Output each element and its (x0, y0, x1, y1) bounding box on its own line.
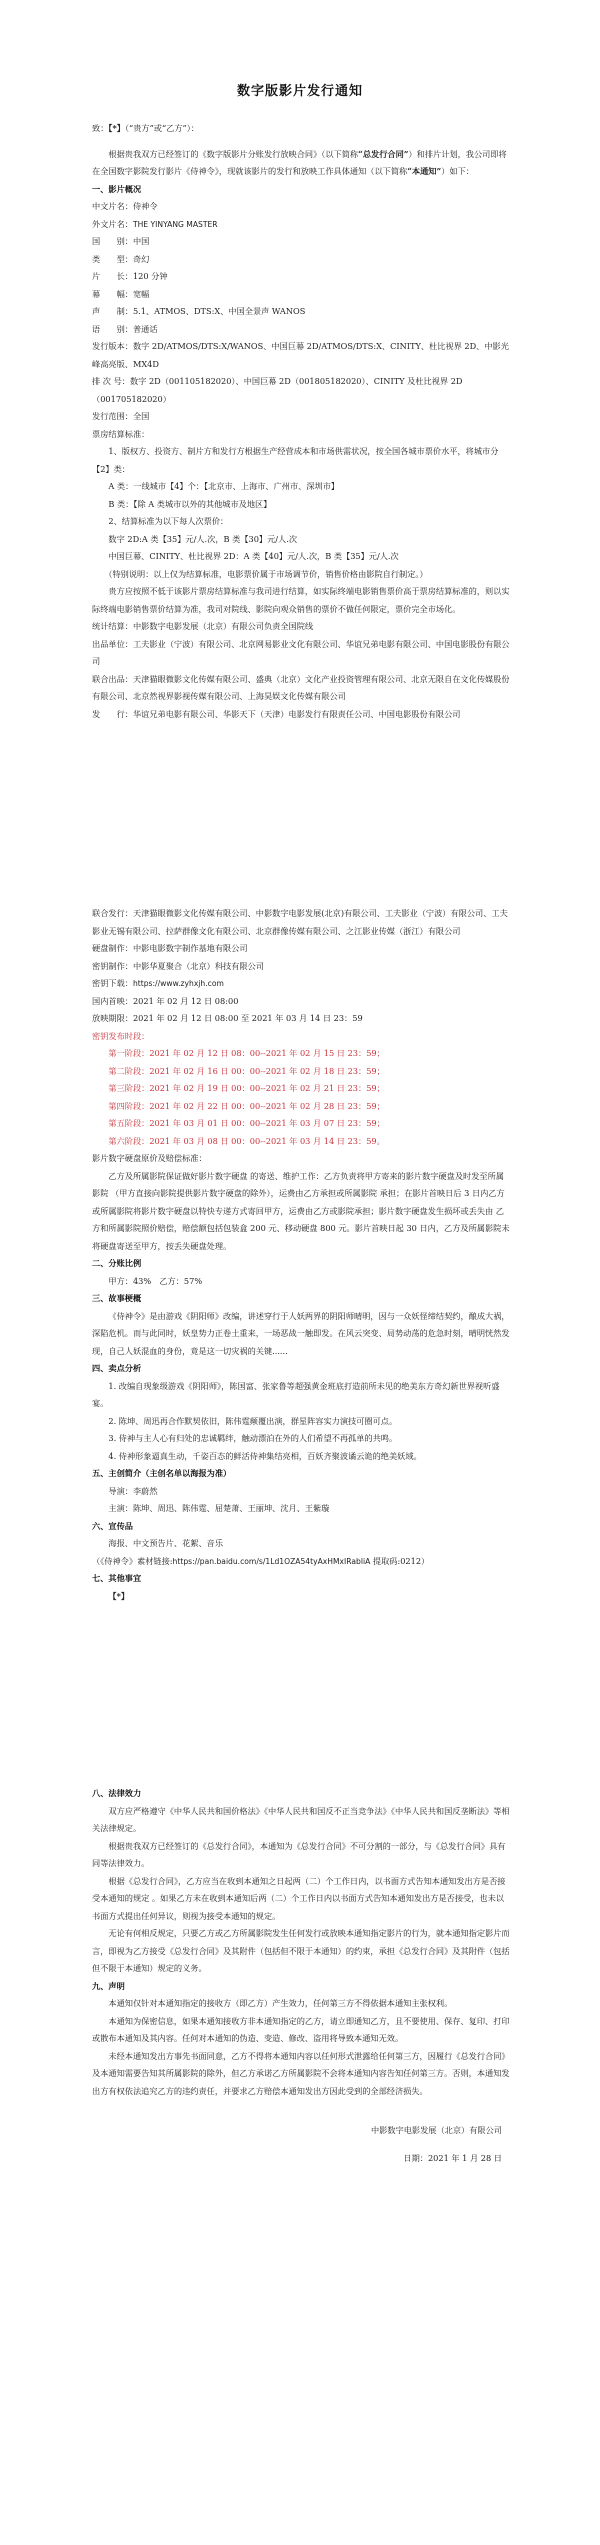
section-1-heading: 一、影片概况 (92, 181, 510, 199)
legal-para-4: 无论有何相反规定，只要乙方或乙方所属影院发生任何发行或放映本通知指定影片的行为，… (92, 1925, 510, 1978)
field-label: 类 型： (92, 254, 133, 264)
field-value: 中影电影数字制作基地有限公司 (133, 943, 248, 953)
field-runtime: 片 长：120 分钟 (92, 268, 510, 286)
distributor-line: 发 行：华谊兄弟电影有限公司、华影天下（天津）电影发行有限责任公司、中国电影股份… (92, 706, 510, 724)
field-value: 工夫影业（宁波）有限公司、北京网易影业文化有限公司、华谊兄弟电影有限公司、中国电… (92, 639, 510, 667)
selling-point-4: 4. 侍神形象逼真生动，千姿百态的鲜活侍神集结亮相，百妖齐聚波谲云诡的绝美妖域。 (92, 1448, 510, 1466)
settlement-paragraph: 贵方应按照不低于该影片票房结算标准与我司进行结算，如实际终端电影销售票价高于票房… (92, 583, 510, 618)
promo-items: 海报、中文预告片、花絮、音乐 (92, 1535, 510, 1553)
key-phase-1: 第一阶段：2021 年 02 月 12 日 08：00--2021 年 02 月… (92, 1045, 510, 1063)
section-8-heading: 八、法律效力 (92, 1785, 510, 1803)
price-digital: 数字 2D:A 类【35】元/人.次，B 类【30】元/人.次 (92, 531, 510, 549)
field-label: 统计结算： (92, 621, 133, 631)
intro-text: ）如下： (441, 166, 474, 176)
director-line: 导演：李蔚然 (92, 1483, 510, 1501)
selling-point-1: 1. 改编自现象级游戏《阴阳师》，陈国富、张家鲁等超强黄金班底打造前所未见的绝美… (92, 1378, 510, 1413)
rule-1: 1、版权方、投资方、制片方和发行方根据生产经营成本和市场供需状况，按全国各城市票… (92, 443, 510, 478)
selling-point-3: 3. 侍神与主人心有归处的忠诚羁绊，触动漂泊在外的人们希望不再孤单的共鸣。 (92, 1430, 510, 1448)
field-value: 中影华夏聚合（北京）科技有限公司 (133, 961, 264, 971)
field-label: 幕 幅： (92, 289, 133, 299)
intro-paragraph: 根据贵我双方已经签订的《数字版影片分账发行放映合同》（以下简称“总发行合同”）和… (92, 146, 510, 181)
intro-text: 根据贵我双方已经签订的《数字版影片分账发行放映合同》（以下简称 (108, 149, 358, 159)
intro-term-contract: “总发行合同” (358, 149, 408, 159)
field-label: 联合出品： (92, 674, 133, 684)
section-9-heading: 九、声明 (92, 1978, 510, 1996)
field-value: 天津猫眼微影文化传媒有限公司、中影数字电影发展(北京)有限公司、工夫影业（宁波）… (92, 908, 508, 936)
field-value: 120 分钟 (133, 271, 168, 281)
screening-period-line: 放映期限：2021 年 02 月 12 日 08:00 至 2021 年 03 … (92, 1010, 510, 1028)
key-phase-2: 第二阶段：2021 年 02 月 16 日 00：00--2021 年 02 月… (92, 1063, 510, 1081)
field-sound: 声 制：5.1、ATMOS、DTS:X、中国全景声 WANOS (92, 303, 510, 321)
promo-link-prefix: （《侍神令》素材链接: (92, 1556, 173, 1566)
key-maker-line: 密钥制作：中影华夏聚合（北京）科技有限公司 (92, 958, 510, 976)
key-release-label: 密钥发布时段： (92, 1028, 510, 1046)
addressee-placeholder: 【*】 (108, 123, 125, 133)
field-label: 中文片名： (92, 201, 133, 211)
field-label: 国 别： (92, 236, 133, 246)
field-label: 出品单位： (92, 639, 133, 649)
field-label: 语 别： (92, 324, 133, 334)
key-phase-5: 第五阶段：2021 年 03 月 01 日 00：00--2021 年 03 月… (92, 1115, 510, 1133)
class-a: A 类：一线城市【4】个：【北京市、上海市、广州市、深圳市】 (92, 478, 510, 496)
field-label: 硬盘制作： (92, 943, 133, 953)
other-matters-placeholder: 【*】 (92, 1588, 510, 1606)
section-7-heading: 七、其他事宜 (92, 1570, 510, 1588)
field-cn-title: 中文片名：侍神令 (92, 198, 510, 216)
page-2-body: 联合发行：天津猫眼微影文化传媒有限公司、中影数字电影发展(北京)有限公司、工夫影… (92, 905, 510, 1605)
field-label: 片 长： (92, 271, 133, 281)
synopsis: 《侍神令》是由游戏《阴阳师》改编，讲述穿行于人妖两界的阴阳师晴明，因与一众妖怪缔… (92, 1308, 510, 1361)
intro-term-notice: “本通知” (407, 166, 441, 176)
signature-company: 中影数字电影发展（北京）有限公司 (92, 2122, 510, 2140)
field-label: 国内首映： (92, 996, 133, 1006)
split-ratio: 甲方：43% 乙方：57% (92, 1273, 510, 1291)
premiere-line: 国内首映：2021 年 02 月 12 日 08:00 (92, 993, 510, 1011)
price-imax: 中国巨幕、CINITY、杜比视界 2D：A 类【40】元/人.次，B 类【35】… (92, 548, 510, 566)
field-value: 中国 (133, 236, 149, 246)
field-value: 全国 (133, 411, 149, 421)
key-download-line: 密钥下载：https://www.zyhxjh.com (92, 975, 510, 993)
promo-link[interactable]: https://pan.baidu.com/s/1Ld1OZA54tyAxHMx… (173, 1557, 371, 1566)
field-language: 语 别：普通话 (92, 321, 510, 339)
co-distributor-line: 联合发行：天津猫眼微影文化传媒有限公司、中影数字电影发展(北京)有限公司、工夫影… (92, 905, 510, 940)
field-value: 5.1、ATMOS、DTS:X、中国全景声 WANOS (133, 306, 305, 316)
field-en-title: 外文片名：THE YINYANG MASTER (92, 216, 510, 234)
field-label: 发 行： (92, 709, 133, 719)
field-genre: 类 型：奇幻 (92, 251, 510, 269)
box-office-label: 票房结算标准： (92, 426, 510, 444)
co-producers-line: 联合出品：天津猫眼微影文化传媒有限公司、盛典（北京）文化产业投资管理有限公司、北… (92, 671, 510, 706)
field-label: 密钥下载： (92, 978, 133, 988)
field-value: 侍神令 (133, 201, 158, 211)
promo-link-code: 提取码:0212） (370, 1556, 429, 1566)
page-1-body: 致：【*】（“贵方”或“乙方”）： 根据贵我双方已经签订的《数字版影片分账发行放… (92, 120, 510, 723)
selling-point-2: 2. 陈坤、周迅再合作默契依旧，陈伟霆颠覆出演，群星阵容实力演技可圈可点。 (92, 1413, 510, 1431)
key-phase-6: 第六阶段：2021 年 03 月 08 日 00：00--2021 年 03 月… (92, 1133, 510, 1151)
addressee: 致：【*】（“贵方”或“乙方”）： (92, 120, 510, 138)
field-label: 发行范围： (92, 411, 133, 421)
disk-paragraph: 乙方及所属影院保证做好影片数字硬盘 的寄送、维护工作：乙方负责将甲方寄来的影片数… (92, 1168, 510, 1256)
field-label: 发行版本： (92, 341, 133, 351)
section-3-heading: 三、故事梗概 (92, 1290, 510, 1308)
field-value: 2021 年 02 月 12 日 08:00 (133, 996, 238, 1006)
field-label: 排 次 号： (92, 376, 130, 386)
section-2-heading: 二、分账比例 (92, 1255, 510, 1273)
addressee-prefix: 致： (92, 123, 108, 133)
disk-maker-line: 硬盘制作：中影电影数字制作基地有限公司 (92, 940, 510, 958)
field-label: 密钥制作： (92, 961, 133, 971)
statement-para-1: 本通知仅针对本通知指定的接收方（即乙方）产生效力，任何第三方不得依据本通知主张权… (92, 1995, 510, 2013)
field-value: 华谊兄弟电影有限公司、华影天下（天津）电影发行有限责任公司、中国电影股份有限公司 (133, 709, 461, 719)
cast-line: 主演：陈坤、周迅、陈伟霆、屈楚萧、王丽坤、沈月、王紫璇 (92, 1500, 510, 1518)
statement-para-3: 未经本通知发出方事先书面同意，乙方不得将本通知内容以任何形式泄露给任何第三方，因… (92, 2048, 510, 2101)
section-4-heading: 四、卖点分析 (92, 1360, 510, 1378)
producers-line: 出品单位：工夫影业（宁波）有限公司、北京网易影业文化有限公司、华谊兄弟电影有限公… (92, 636, 510, 671)
field-value: 奇幻 (133, 254, 149, 264)
promo-link-line: （《侍神令》素材链接:https://pan.baidu.com/s/1Ld1O… (92, 1553, 510, 1571)
field-label: 声 制： (92, 306, 133, 316)
key-phase-3: 第三阶段：2021 年 02 月 19 日 00：00--2021 年 02 月… (92, 1080, 510, 1098)
statement-para-2: 本通知为保密信息，如果本通知接收方非本通知指定的乙方，请立即通知乙方，且不要使用… (92, 2013, 510, 2048)
field-country: 国 别：中国 (92, 233, 510, 251)
addressee-suffix: （“贵方”或“乙方”）： (125, 123, 199, 133)
field-label: 外文片名： (92, 219, 133, 229)
legal-para-2: 根据贵我双方已经签订的《总发行合同》，本通知为《总发行合同》不可分割的一部分，与… (92, 1838, 510, 1873)
field-aspect: 幕 幅：宽幅 (92, 286, 510, 304)
field-label: 联合发行： (92, 908, 133, 918)
section-5-heading: 五、主创简介（主创名单以海报为准） (92, 1465, 510, 1483)
field-value: 普通话 (133, 324, 158, 334)
class-b: B 类：【除 A 类城市以外的其他城市及地区】 (92, 496, 510, 514)
field-value: 宽幅 (133, 289, 149, 299)
field-value: 2021 年 02 月 12 日 08:00 至 2021 年 03 月 14 … (133, 1013, 363, 1023)
field-value: 中影数字电影发展（北京）有限公司负责全国院线 (133, 621, 313, 631)
key-download-link[interactable]: https://www.zyhxjh.com (133, 979, 224, 988)
legal-para-1: 双方应严格遵守《中华人民共和国价格法》《中华人民共和国反不正当竞争法》《中华人民… (92, 1803, 510, 1838)
disk-label: 影片数字硬盘原价及赔偿标准： (92, 1150, 510, 1168)
page-3-body: 八、法律效力 双方应严格遵守《中华人民共和国价格法》《中华人民共和国反不正当竞争… (92, 1785, 510, 2167)
section-6-heading: 六、宣传品 (92, 1518, 510, 1536)
field-value: 天津猫眼微影文化传媒有限公司、盛典（北京）文化产业投资管理有限公司、北京无限自在… (92, 674, 510, 702)
legal-para-3: 根据《总发行合同》，乙方应当在收到本通知之日起两（二）个工作日内，以书面方式告知… (92, 1873, 510, 1926)
stats-line: 统计结算：中影数字电影发展（北京）有限公司负责全国院线 (92, 618, 510, 636)
key-phase-4: 第四阶段：2021 年 02 月 22 日 00：00--2021 年 02 月… (92, 1098, 510, 1116)
field-value: 数字 2D/ATMOS/DTS:X/WANOS、中国巨幕 2D/ATMOS/DT… (92, 341, 509, 369)
field-value: THE YINYANG MASTER (133, 220, 218, 229)
field-scope: 发行范围：全国 (92, 408, 510, 426)
special-note: （特别说明：以上仅为结算标准，电影票价属于市场调节价，销售价格由影院自行制定。） (92, 566, 510, 584)
document-title: 数字版影片发行通知 (0, 80, 600, 99)
field-value: 数字 2D（001105182020）、中国巨幕 2D（001805182020… (92, 376, 462, 404)
field-label: 放映期限： (92, 1013, 133, 1023)
field-versions: 发行版本：数字 2D/ATMOS/DTS:X/WANOS、中国巨幕 2D/ATM… (92, 338, 510, 373)
signature-date: 日期：2021 年 1 月 28 日 (92, 2150, 510, 2168)
rule-2: 2、结算标准为以下每人次票价： (92, 513, 510, 531)
field-schedule-no: 排 次 号：数字 2D（001105182020）、中国巨幕 2D（001805… (92, 373, 510, 408)
